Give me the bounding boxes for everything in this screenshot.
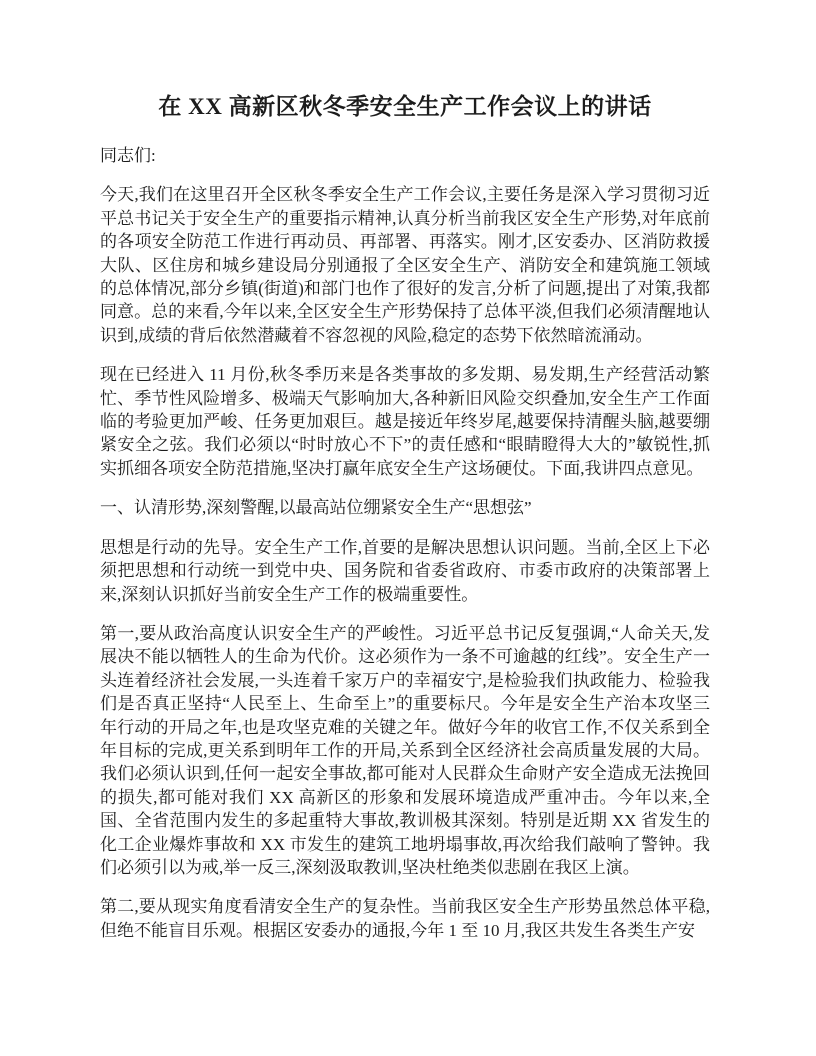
paragraph: 现在已经进入 11 月份,秋冬季历来是各类事故的多发期、易发期,生产经营活动繁忙… xyxy=(100,363,710,480)
document-body: 今天,我们在这里召开全区秋冬季安全生产工作会议,主要任务是深入学习贯彻习近平总书… xyxy=(100,183,710,942)
section-heading: 一、认清形势,深刻警醒,以最高站位绷紧安全生产“思想弦” xyxy=(100,496,710,519)
document-page: 在 XX 高新区秋冬季安全生产工作会议上的讲话 同志们: 今天,我们在这里召开全… xyxy=(0,0,816,1056)
paragraph: 第二,要从现实角度看清安全生产的复杂性。当前我区安全生产形势虽然总体平稳,但绝不… xyxy=(100,895,710,942)
salutation: 同志们: xyxy=(100,144,710,167)
paragraph: 今天,我们在这里召开全区秋冬季安全生产工作会议,主要任务是深入学习贯彻习近平总书… xyxy=(100,183,710,347)
document-title: 在 XX 高新区秋冬季安全生产工作会议上的讲话 xyxy=(100,90,710,124)
paragraph: 思想是行动的先导。安全生产工作,首要的是解决思想认识问题。当前,全区上下必须把思… xyxy=(100,536,710,606)
paragraph: 第一,要从政治高度认识安全生产的严峻性。习近平总书记反复强调,“人命关天,发展决… xyxy=(100,622,710,879)
